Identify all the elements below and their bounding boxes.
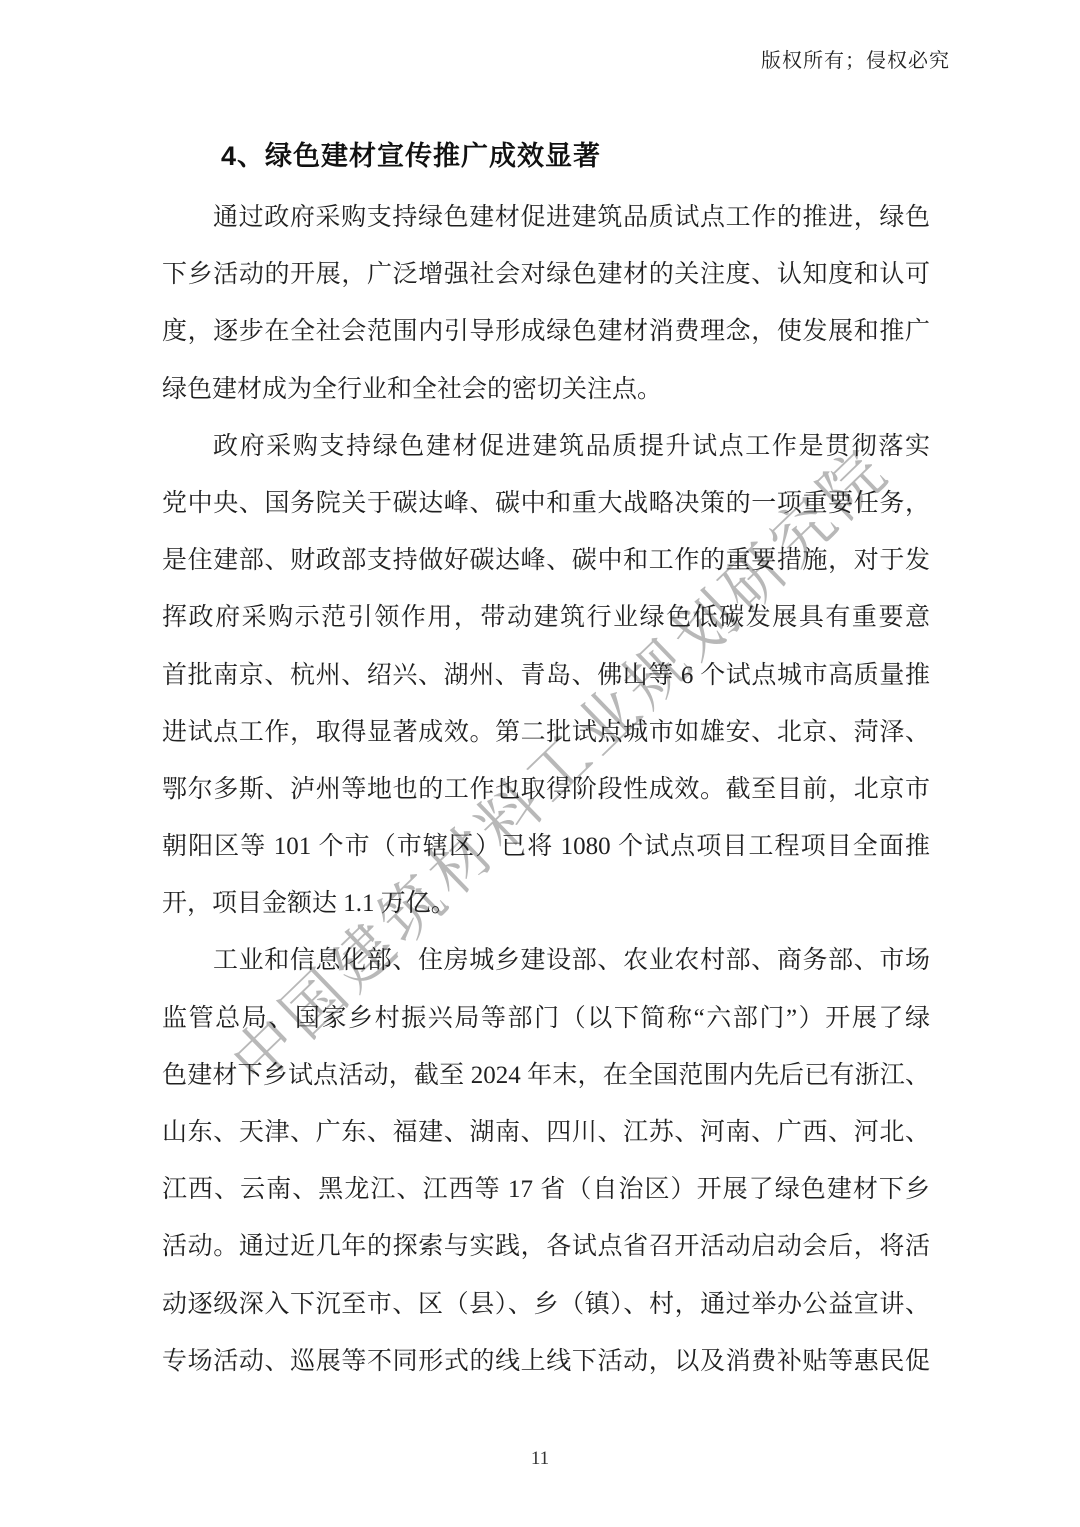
document-page: 中国建筑材料工业规划研究院 版权所有；侵权必究 4、绿色建材宣传推广成效显著 通…	[0, 0, 1080, 1527]
page-number: 11	[0, 1448, 1080, 1470]
text-line: 色建材下乡试点活动，截至 2024 年末，在全国范围内先后已有浙江、	[162, 1047, 930, 1104]
text-line: 山东、天津、广东、福建、湖南、四川、江苏、河南、广西、河北、	[162, 1104, 930, 1161]
text-line: 鄂尔多斯、泸州等地也的工作也取得阶段性成效。截至目前，北京市	[162, 761, 930, 818]
text-line: 通过政府采购支持绿色建材促进建筑品质试点工作的推进，绿色	[162, 189, 930, 246]
paragraph: 政府采购支持绿色建材促进建筑品质提升试点工作是贯彻落实党中央、国务院关于碳达峰、…	[162, 418, 930, 933]
text-line: 进试点工作，取得显著成效。第二批试点城市如雄安、北京、菏泽、	[162, 704, 930, 761]
text-line: 动逐级深入下沉至市、区（县）、乡（镇）、村，通过举办公益宣讲、	[162, 1276, 930, 1333]
text-line: 开，项目金额达 1.1 万亿。	[162, 875, 930, 932]
text-line: 朝阳区等 101 个市（市辖区）已将 1080 个试点项目工程项目全面推	[162, 818, 930, 875]
paragraph: 工业和信息化部、住房城乡建设部、农业农村部、商务部、市场监管总局、国家乡村振兴局…	[162, 932, 930, 1390]
copyright-notice: 版权所有；侵权必究	[761, 44, 950, 73]
text-line: 首批南京、杭州、绍兴、湖州、青岛、佛山等 6 个试点城市高质量推	[162, 647, 930, 704]
text-line: 党中央、国务院关于碳达峰、碳中和重大战略决策的一项重要任务，	[162, 475, 930, 532]
section-heading: 4、绿色建材宣传推广成效显著	[221, 136, 601, 176]
text-line: 度，逐步在全社会范围内引导形成绿色建材消费理念，使发展和推广	[162, 303, 930, 360]
text-line: 是住建部、财政部支持做好碳达峰、碳中和工作的重要措施，对于发	[162, 532, 930, 589]
paragraph: 通过政府采购支持绿色建材促进建筑品质试点工作的推进，绿色下乡活动的开展，广泛增强…	[162, 189, 930, 418]
text-line: 绿色建材成为全行业和全社会的密切关注点。	[162, 361, 930, 418]
text-line: 江西、云南、黑龙江、江西等 17 省（自治区）开展了绿色建材下乡	[162, 1161, 930, 1218]
text-line: 活动。通过近几年的探索与实践，各试点省召开活动启动会后，将活	[162, 1218, 930, 1275]
document-body: 通过政府采购支持绿色建材促进建筑品质试点工作的推进，绿色下乡活动的开展，广泛增强…	[162, 189, 930, 1390]
text-line: 专场活动、巡展等不同形式的线上线下活动，以及消费补贴等惠民促	[162, 1333, 930, 1390]
text-line: 挥政府采购示范引领作用，带动建筑行业绿色低碳发展具有重要意义。	[162, 589, 930, 646]
text-line: 下乡活动的开展，广泛增强社会对绿色建材的关注度、认知度和认可	[162, 246, 930, 303]
text-line: 监管总局、国家乡村振兴局等部门（以下简称“六部门”）开展了绿	[162, 990, 930, 1047]
text-line: 工业和信息化部、住房城乡建设部、农业农村部、商务部、市场	[162, 932, 930, 989]
text-line: 政府采购支持绿色建材促进建筑品质提升试点工作是贯彻落实	[162, 418, 930, 475]
